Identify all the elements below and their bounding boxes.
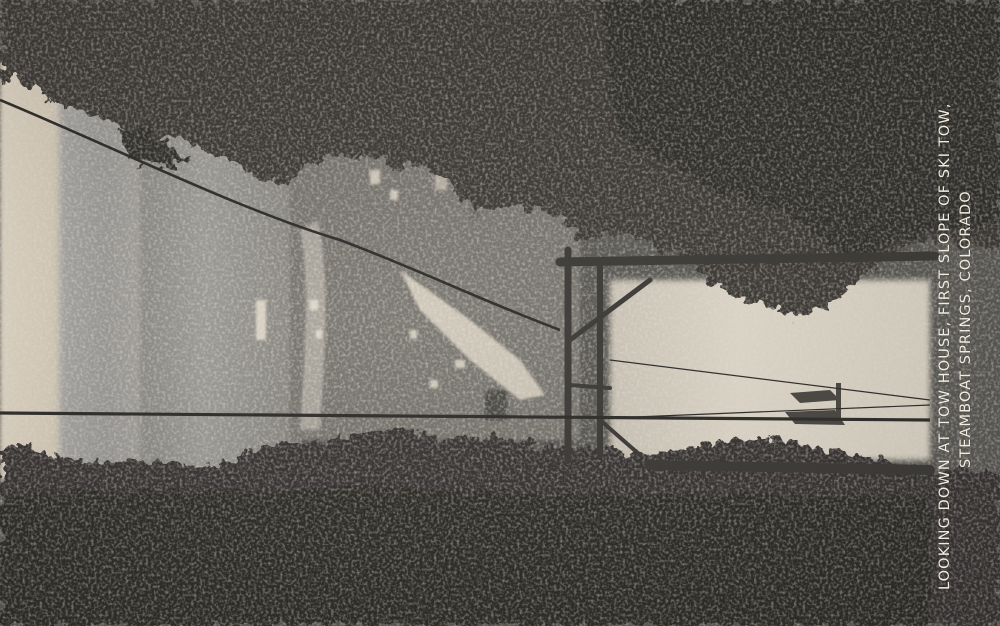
postcard-caption: LOOKING DOWN AT TOW HOUSE, FIRST SLOPE O… [935, 40, 995, 590]
postcard-image: LOOKING DOWN AT TOW HOUSE, FIRST SLOPE O… [0, 0, 1000, 626]
scene-layer [0, 0, 1000, 626]
film-grain [0, 0, 1000, 626]
caption-line-1: LOOKING DOWN AT TOW HOUSE, FIRST SLOPE O… [935, 40, 956, 590]
caption-line-2: STEAMBOAT SPRINGS, COLORADO [956, 40, 977, 590]
